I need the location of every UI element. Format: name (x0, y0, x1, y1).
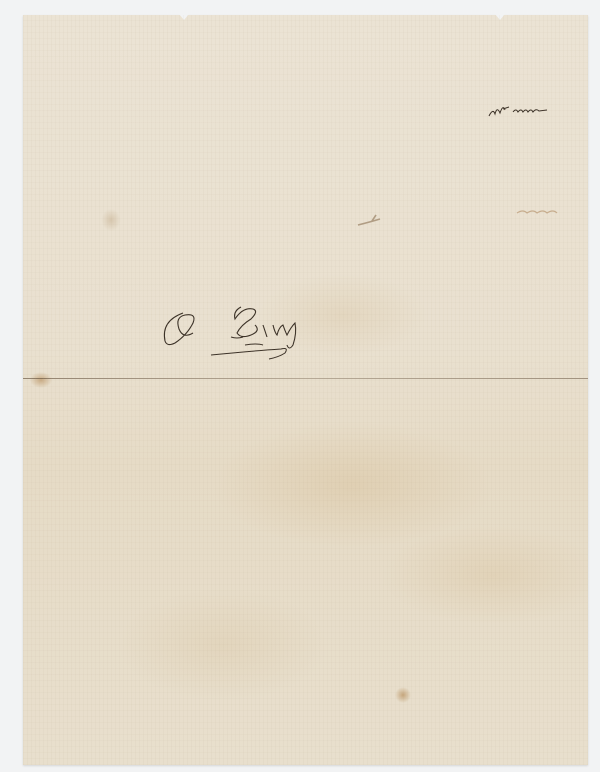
document-sheet: ud verno B. Biny (23, 15, 588, 765)
paper-tear (495, 14, 505, 20)
faded-marking (515, 205, 575, 219)
fold-crease (23, 378, 588, 379)
handwritten-corner-note (485, 100, 565, 120)
ink-mark (356, 213, 392, 229)
paper-tear (179, 14, 189, 20)
handwritten-signature (153, 295, 323, 365)
